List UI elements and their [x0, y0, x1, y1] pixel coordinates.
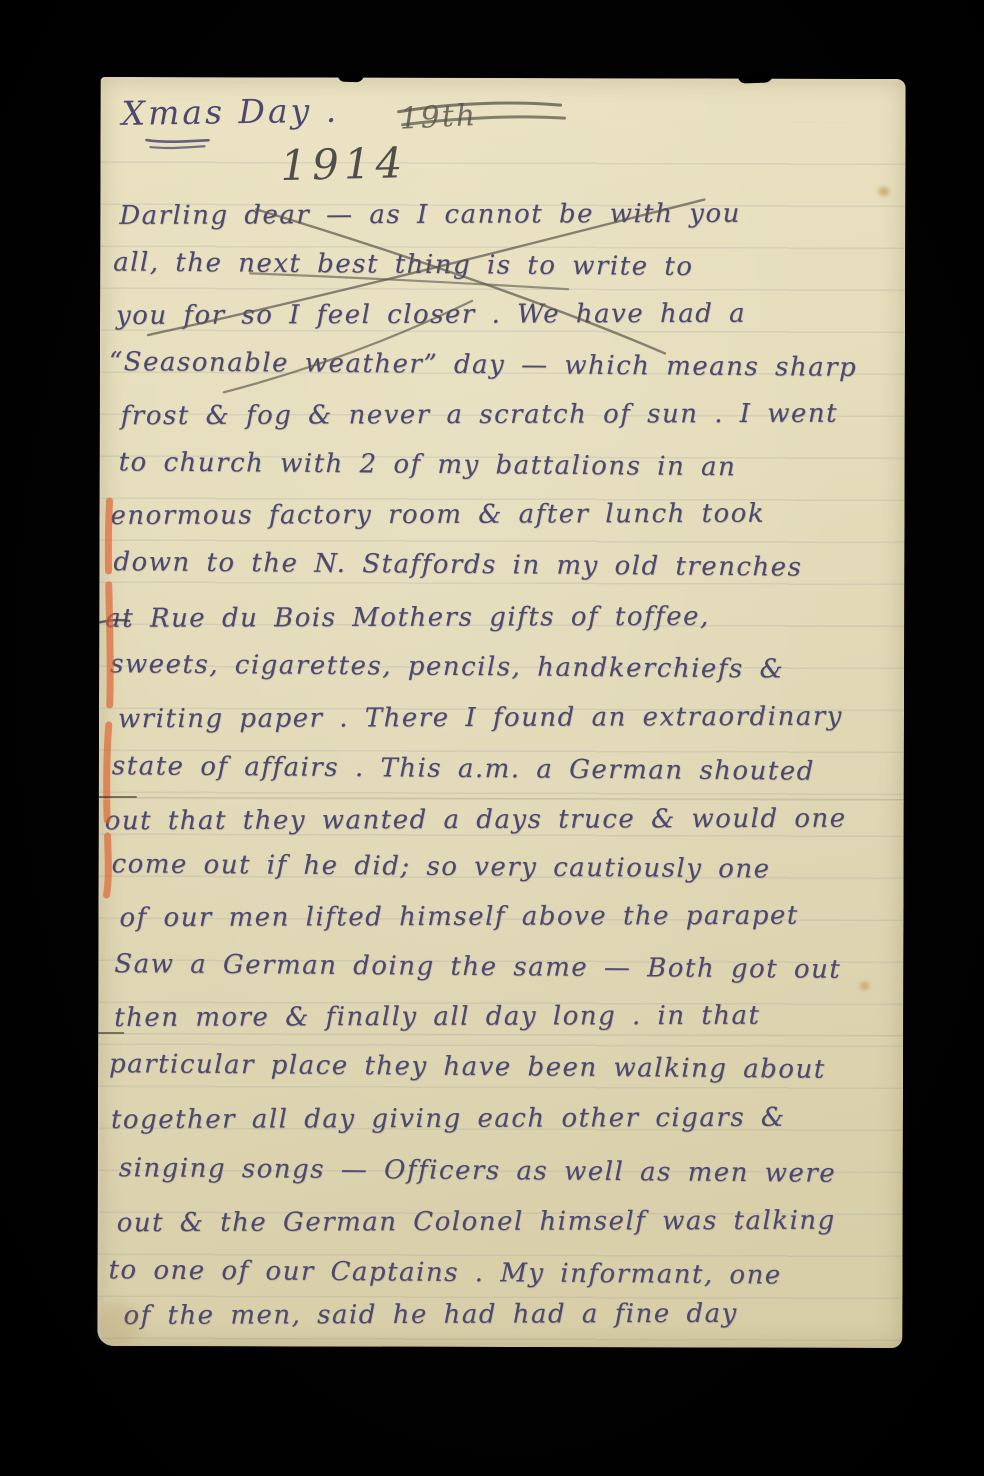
letter-paper: Xmas Day . 19th 1914 Darling dear — as I… — [97, 77, 905, 1348]
heading-crossed-out-date: 19th — [399, 98, 478, 137]
ink-underline — [146, 140, 208, 142]
fold-crease — [98, 1033, 903, 1038]
letter-line: out that they wanted a days truce & woul… — [105, 804, 847, 837]
letter-line: writing paper . There I found an extraor… — [118, 702, 843, 735]
letter-line: enormous factory room & after lunch took — [110, 499, 765, 531]
letter-line: then more & finally all day long . in th… — [114, 1001, 760, 1033]
letter-line: at Rue du Bois Mothers gifts of toffee, — [105, 602, 710, 634]
letter-line: singing songs — Officers as well as men … — [119, 1153, 837, 1189]
stain — [860, 982, 869, 990]
letter-body: Darling dear — as I cannot be with you a… — [101, 77, 906, 79]
stain — [878, 187, 889, 196]
letter-line: to church with 2 of my battalions in an — [119, 447, 737, 482]
fold-crease — [99, 797, 904, 802]
letter-line: Saw a German doing the same — Both got o… — [114, 949, 841, 985]
letter-line: particular place they have been walking … — [109, 1049, 826, 1085]
letter-line: you for so I feel closer . We have had a — [116, 299, 746, 331]
letter-line: of our men lifted himself above the para… — [119, 901, 798, 933]
letter-line: together all day giving each other cigar… — [111, 1103, 786, 1135]
heading-date: Xmas Day . — [121, 91, 339, 133]
letter-line: state of affairs . This a.m. a German sh… — [112, 751, 815, 787]
letter-line: come out if he did; so very cautiously o… — [111, 849, 770, 884]
letter-line: of the men, said he had had a fine day — [123, 1299, 738, 1331]
crease-edge-mark — [99, 796, 137, 798]
letter-line: sweets, cigarettes, pencils, handkerchie… — [110, 649, 784, 684]
letter-line: frost & fog & never a scratch of sun . I… — [121, 399, 838, 432]
pencil-cross-stroke — [256, 209, 665, 353]
letter-line: out & the German Colonel himself was tal… — [117, 1206, 836, 1239]
letter-line: to one of our Captains . My informant, o… — [108, 1255, 781, 1290]
letter-line: “Seasonable weather” day — which means s… — [109, 347, 858, 383]
photo-background: Xmas Day . 19th 1914 Darling dear — as I… — [0, 0, 984, 1476]
heading-year: 1914 — [280, 138, 408, 190]
letter-line: all, the next best thing is to write to — [113, 247, 693, 282]
ink-underline — [150, 146, 204, 148]
letter-line: down to the N. Staffords in my old trenc… — [113, 547, 802, 582]
letter-line: Darling dear — as I cannot be with you — [119, 199, 741, 231]
